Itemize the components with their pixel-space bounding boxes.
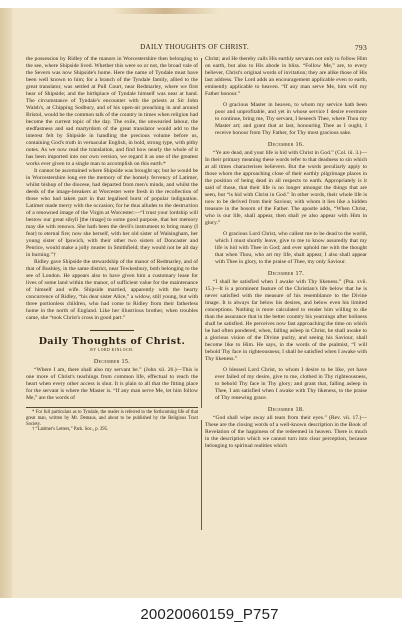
body-paragraph: Christ; and He thereby calls His earthly… bbox=[205, 56, 367, 98]
prayer-paragraph: O gracious Master in heaven, to whom my … bbox=[215, 102, 367, 137]
date-heading: December 15. bbox=[26, 358, 198, 365]
right-column: Christ; and He thereby calls His earthly… bbox=[205, 56, 367, 450]
image-caption: 20020060159_P757 bbox=[0, 606, 419, 623]
running-title: DAILY THOUGHTS OF CHRIST. bbox=[22, 43, 367, 51]
left-column: the possession by Ridley of the manors i… bbox=[26, 56, 198, 433]
body-paragraph: Ridley gave Shipside the stewardship of … bbox=[26, 259, 198, 322]
section-title: Daily Thoughts of Christ. bbox=[26, 338, 198, 345]
date-heading: December 16. bbox=[205, 141, 367, 148]
footnote: * For full particulars as to Tyndale, th… bbox=[26, 410, 198, 427]
running-header: DAILY THOUGHTS OF CHRIST. 793 bbox=[22, 43, 367, 55]
footnote-rule bbox=[26, 407, 198, 408]
date-heading: December 17. bbox=[205, 270, 367, 277]
column-divider bbox=[201, 58, 202, 408]
body-paragraph: the possession by Ridley of the manors i… bbox=[26, 56, 198, 168]
date-heading: December 18. bbox=[205, 406, 367, 413]
devotion-text: “God shall wipe away all tears from thei… bbox=[205, 415, 367, 450]
devotion-text: “Ye are dead, and your life is hid with … bbox=[205, 150, 367, 227]
body-paragraph: It cannot be ascertained where Shipside … bbox=[26, 168, 198, 259]
devotion-text: “Where I am, there shall also my servant… bbox=[26, 367, 198, 402]
page-number: 793 bbox=[355, 43, 367, 52]
column-divider-lower bbox=[201, 420, 202, 530]
page-stain bbox=[110, 8, 220, 14]
section-divider bbox=[90, 330, 134, 331]
prayer-paragraph: O blessed Lord Christ, to whom I desire … bbox=[215, 367, 367, 402]
footnote: † “Latimer's Letters,” Park. Soc., p. 39… bbox=[26, 427, 198, 433]
prayer-paragraph: O gracious Lord Christ, who callest me t… bbox=[215, 231, 367, 266]
byline: BY LORD KINLOCH. bbox=[26, 347, 198, 354]
devotion-text: “I shall be satisfied when I awake with … bbox=[205, 279, 367, 363]
page-binding-edge bbox=[0, 8, 12, 598]
